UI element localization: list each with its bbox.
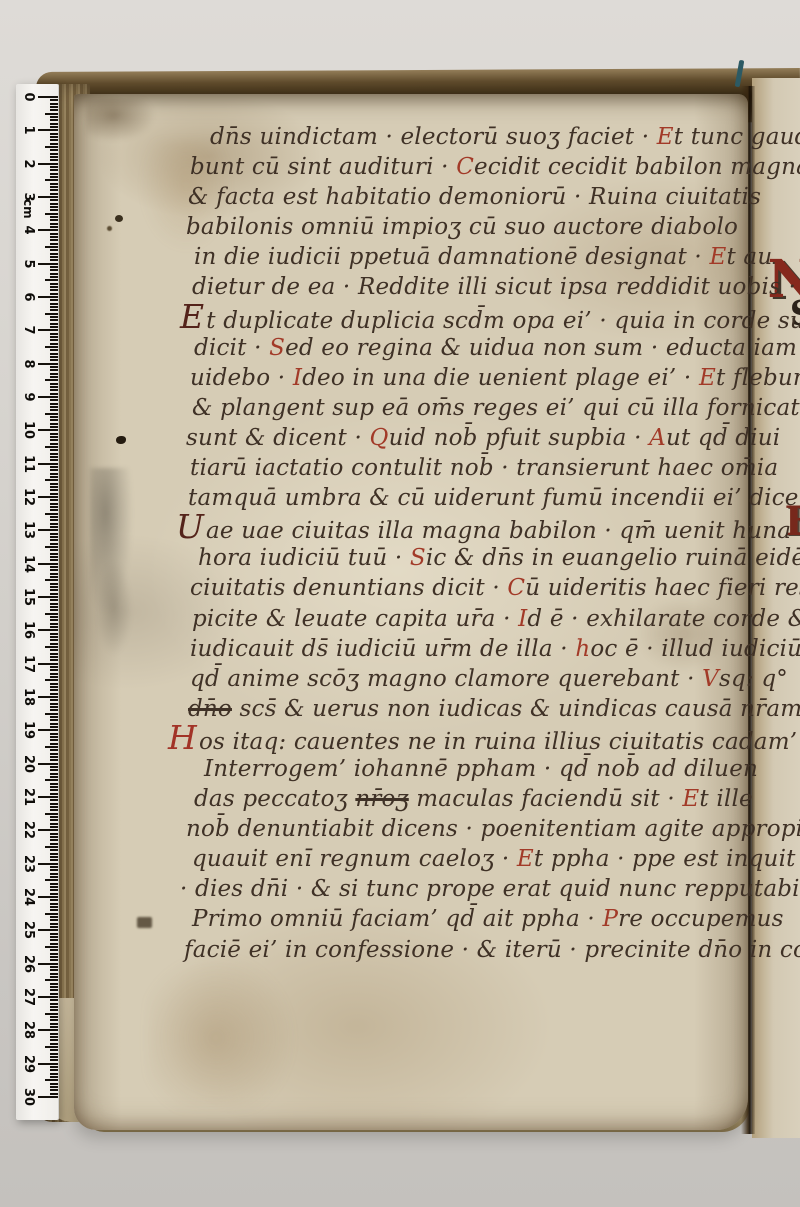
ruler-tick [50, 876, 58, 878]
ruler-tick [50, 536, 58, 538]
ruler-tick [50, 916, 58, 918]
ruler-tick [45, 746, 58, 748]
manuscript-line: ciuitatis denuntians dicit · Cū uideriti… [168, 575, 753, 605]
ruler-tick [38, 729, 58, 731]
ruler-tick [45, 246, 58, 248]
ruler-number: 12 [19, 486, 37, 508]
ruler-tick [50, 1089, 58, 1091]
ruler-tick [50, 903, 58, 905]
ruler-number: 16 [19, 619, 37, 641]
text-segment: deo in una die uenient plage ei’ · [302, 365, 699, 391]
ruler-tick [50, 283, 58, 285]
ruler-tick [50, 1049, 58, 1051]
ruler-tick [50, 393, 58, 395]
ruler-tick [50, 689, 58, 691]
ruler-tick [50, 533, 58, 535]
ruler-tick [50, 356, 58, 358]
ruler-tick [38, 329, 58, 331]
text-segment: & facta est habitatio demoniorū · Ruina … [188, 184, 761, 210]
ruler-tick [50, 206, 58, 208]
rubric-letter: E [699, 365, 716, 391]
ruler-tick [50, 1026, 58, 1028]
ruler-tick [50, 193, 58, 195]
ruler-tick [50, 789, 58, 791]
ruler-tick [50, 566, 58, 568]
ruler-tick [50, 453, 58, 455]
ruler-tick [50, 109, 58, 111]
ruler-tick [50, 1053, 58, 1055]
ruler-tick [50, 656, 58, 658]
ruler-tick [38, 496, 58, 498]
ruler-tick [50, 199, 58, 201]
ruler-tick [50, 849, 58, 851]
ruler-tick [50, 126, 58, 128]
ruler-tick [50, 286, 58, 288]
ruler-tick [38, 663, 58, 665]
text-segment: babilonis omniū impioʒ cū suo auctore di… [186, 214, 738, 240]
ruler-tick [50, 776, 58, 778]
text-segment: · dies dn̄i · & si tunc prope erat quid … [180, 876, 800, 902]
ruler-tick [50, 919, 58, 921]
ruler-tick [50, 823, 58, 825]
ruler-tick [50, 276, 58, 278]
ruler-tick [50, 443, 58, 445]
text-segment: maculas faciendū sit · [409, 786, 683, 812]
ruler-tick [50, 1033, 58, 1035]
ruler-tick [50, 1056, 58, 1058]
ruler-tick [50, 133, 58, 135]
text-segment: t au [726, 244, 772, 270]
ruler-tick [45, 113, 58, 115]
ruler-tick [50, 516, 58, 518]
text-segment: tiarū iactatio contulit nob̄ · transieru… [190, 455, 778, 481]
text-segment: das peccatoʒ [194, 786, 355, 812]
text-segment: d ē · exhilarate corde & qm̄ [527, 606, 800, 632]
ruler-tick [38, 929, 58, 931]
text-segment: oc ē · illud iudiciū [590, 636, 800, 662]
ruler-tick [50, 889, 58, 891]
rubric-letter: E [657, 124, 674, 150]
text-segment: uidebo · [190, 365, 293, 391]
ruler-tick [50, 723, 58, 725]
ruler-number: 30 [19, 1086, 37, 1108]
ruler-tick [50, 486, 58, 488]
ruler-number: 14 [19, 553, 37, 575]
ruler-tick [45, 279, 58, 281]
ruler-tick [50, 803, 58, 805]
ruler-tick [50, 933, 58, 935]
ruler-tick [50, 786, 58, 788]
photo-background: N S E dn̄s uindictam · electorū suoʒ fac… [0, 0, 800, 1207]
ruler-tick [50, 593, 58, 595]
ruler-tick [50, 953, 58, 955]
ruler-tick [50, 233, 58, 235]
ruler-tick [50, 1059, 58, 1061]
text-segment: t flebunt [716, 365, 800, 391]
ruler-number: 8 [19, 353, 37, 375]
ruler-tick [50, 816, 58, 818]
ruler-number: 10 [19, 419, 37, 441]
ruler-tick [50, 1093, 58, 1095]
ruler-tick [50, 256, 58, 258]
ruler-tick [50, 499, 58, 501]
ruler-tick [50, 549, 58, 551]
ruler-number: 23 [19, 853, 37, 875]
ruler-tick [50, 559, 58, 561]
ruler-tick [50, 203, 58, 205]
ruler-tick [38, 563, 58, 565]
ruler-tick [38, 163, 58, 165]
ruler-tick [50, 899, 58, 901]
ruler-tick [50, 123, 58, 125]
text-segment: iudicauit ds̄ iudiciū ur̄m de illa · [190, 636, 575, 662]
ruler-tick [50, 806, 58, 808]
ruler-number: 5 [19, 253, 37, 275]
ruler-tick [50, 986, 58, 988]
ruler-tick [50, 843, 58, 845]
ruler-number: 18 [19, 686, 37, 708]
ruler-tick [50, 169, 58, 171]
ruler-tick [50, 653, 58, 655]
ruler-number: 0 [19, 86, 37, 108]
ruler-number: 26 [19, 953, 37, 975]
text-segment: tamquā umbra & cū uiderunt fumū incendii… [188, 485, 800, 511]
manuscript-line: dn̄o scs̄ & uerus non iudicas & uindicas… [168, 696, 753, 726]
text-segment: faciē ei’ in confessione · & iterū · pre… [184, 937, 800, 963]
ruler-tick [50, 639, 58, 641]
ruler-tick [38, 829, 58, 831]
ruler-tick [50, 1003, 58, 1005]
ruler-tick [50, 1086, 58, 1088]
ruler-tick [45, 713, 58, 715]
ruler-tick [50, 743, 58, 745]
ruler-tick [50, 906, 58, 908]
ruler-tick [50, 319, 58, 321]
ruler-tick [50, 539, 58, 541]
manuscript-line: & plangent sup eā om̄s reges ei’ qui cū … [168, 395, 753, 425]
ruler-tick [50, 406, 58, 408]
ruler-tick [50, 939, 58, 941]
ruler-tick [50, 1006, 58, 1008]
ruler-tick [50, 99, 58, 101]
ruler-tick [50, 619, 58, 621]
ruler-tick [50, 793, 58, 795]
ruler-tick [45, 446, 58, 448]
ruler-tick [45, 146, 58, 148]
ruler-tick [50, 573, 58, 575]
rubric-letter: V [702, 666, 719, 692]
ruler-tick [50, 293, 58, 295]
ruler-tick [50, 449, 58, 451]
ruler-tick [50, 923, 58, 925]
text-segment: dietur de ea · Reddite illi sicut ipsa r… [192, 274, 796, 300]
ruler-tick [50, 139, 58, 141]
ruler-tick [38, 996, 58, 998]
ruler-tick [50, 359, 58, 361]
ruler-tick [50, 603, 58, 605]
ruler-tick [50, 473, 58, 475]
text-segment: dn̄s uindictam · electorū suoʒ faciet · [210, 124, 657, 150]
ruler-tick [50, 1073, 58, 1075]
ruler-tick [50, 389, 58, 391]
ruler-tick [50, 439, 58, 441]
ruler-tick [50, 553, 58, 555]
ruler-tick [45, 513, 58, 515]
ruler-tick [50, 973, 58, 975]
rubric-letter: E [682, 786, 699, 812]
text-segment: ed eo regina & uidua non sum · educta ia… [285, 335, 800, 361]
ruler-tick [50, 686, 58, 688]
manuscript-line: qd̄ anime scōʒ magno clamore querebant ·… [168, 666, 753, 696]
ruler-tick [50, 833, 58, 835]
manuscript-line: faciē ei’ in confessione · & iterū · pre… [168, 937, 753, 967]
ruler-tick [50, 736, 58, 738]
ruler-tick [50, 866, 58, 868]
ruler-tick [50, 159, 58, 161]
rubric-letter: E [709, 244, 726, 270]
ruler-number: 21 [19, 786, 37, 808]
ruler-tick [45, 379, 58, 381]
text-segment: ic & dn̄s in euangelio ruinā eidē [426, 545, 800, 571]
ruler-tick [50, 886, 58, 888]
ruler-tick [38, 429, 58, 431]
manuscript-line: Uae uae ciuitas illa magna babilon · qm̄… [168, 515, 753, 545]
ruler-tick [38, 363, 58, 365]
text-segment: in die iudicii ppetuā damnationē designa… [194, 244, 709, 270]
ruler-tick [50, 323, 58, 325]
manuscript-line: uidebo · Ideo in una die uenient plage e… [168, 365, 753, 395]
manuscript-line: tiarū iactatio contulit nob̄ · transieru… [168, 455, 753, 485]
ruler-tick [50, 373, 58, 375]
ruler-tick [50, 343, 58, 345]
ruler-number: 15 [19, 586, 37, 608]
ruler-tick [50, 339, 58, 341]
ruler-tick [50, 239, 58, 241]
ruler-number: 19 [19, 719, 37, 741]
manuscript-line: bunt cū sint audituri · Cecidit cecidit … [168, 154, 753, 184]
ruler-tick [50, 469, 58, 471]
ruler-tick [38, 396, 58, 398]
ruler-tick [50, 799, 58, 801]
ruler-tick [50, 419, 58, 421]
ruler-tick [45, 1046, 58, 1048]
text-segment: t ille [699, 786, 752, 812]
ruler-tick [50, 223, 58, 225]
text-segment: hora iudiciū tuū · [198, 545, 410, 571]
ruler-tick [50, 116, 58, 118]
ruler-tick [50, 1039, 58, 1041]
ruler-tick [50, 509, 58, 511]
ruler-tick [50, 466, 58, 468]
rubric-letter: Q [370, 425, 389, 451]
text-segment: & plangent sup eā om̄s reges ei’ qui cū … [192, 395, 800, 421]
ruler-tick [50, 783, 58, 785]
ruler-tick [45, 579, 58, 581]
ruler-tick [50, 416, 58, 418]
ruler-tick [45, 1013, 58, 1015]
ruler-tick [50, 993, 58, 995]
ruler-tick [50, 669, 58, 671]
text-segment: uid nob̄ pfuit supbia · [389, 425, 650, 451]
initial-letter: H [168, 718, 197, 757]
ruler-tick [50, 883, 58, 885]
manuscript-line: Hos itaq: cauentes ne in ruina illius ci… [168, 726, 753, 756]
ruler-tick [50, 136, 58, 138]
ruler-tick [38, 1029, 58, 1031]
ruler-tick [50, 153, 58, 155]
ruler-tick [50, 236, 58, 238]
ruler-tick [50, 119, 58, 121]
ruler-tick [50, 556, 58, 558]
manuscript-line: Primo omniū faciam’ qd̄ ait ppha · Pre o… [168, 906, 753, 936]
text-segment: qd̄ anime scōʒ magno clamore querebant · [190, 666, 702, 692]
manuscript-line: & facta est habitatio demoniorū · Ruina … [168, 184, 753, 214]
text-segment: Primo omniū faciam’ qd̄ ait ppha · [192, 906, 602, 932]
initial-letter: E [180, 297, 204, 336]
ruler-tick [50, 873, 58, 875]
ruler-tick [50, 309, 58, 311]
ruler-tick [50, 959, 58, 961]
text-segment: ecidit cecidit babilon magna · [474, 154, 800, 180]
ruler-tick [50, 483, 58, 485]
ruler-tick [50, 826, 58, 828]
ruler-tick [50, 456, 58, 458]
ruler-tick [50, 609, 58, 611]
ruler-tick [45, 679, 58, 681]
ruler-tick [50, 893, 58, 895]
ruler-tick [50, 189, 58, 191]
manuscript-line: tamquā umbra & cū uiderunt fumū incendii… [168, 485, 753, 515]
ruler-tick [50, 186, 58, 188]
text-segment: dicit · [194, 335, 269, 361]
ruler-tick [45, 913, 58, 915]
ruler-tick [50, 749, 58, 751]
ruler-tick [50, 1069, 58, 1071]
manuscript-line: in die iudicii ppetuā damnationē designa… [168, 244, 753, 274]
ruler-number: 17 [19, 653, 37, 675]
ruler-tick [38, 763, 58, 765]
ruler-tick [50, 636, 58, 638]
ruler-tick [50, 1036, 58, 1038]
ruler-number: 11 [19, 453, 37, 475]
ruler-tick [38, 463, 58, 465]
ruler-tick [50, 716, 58, 718]
ruler-tick [50, 733, 58, 735]
ruler: cm 0123456789101112131415161718192021222… [16, 84, 59, 1120]
ruler-tick [50, 383, 58, 385]
ruler-tick [50, 589, 58, 591]
text-segment: sq: q° [719, 666, 788, 692]
ruler-tick [38, 1063, 58, 1065]
text-segment: t ppha · ppe est inquit [534, 846, 796, 872]
ruler-tick [45, 613, 58, 615]
ruler-tick [50, 333, 58, 335]
ruler-tick [50, 216, 58, 218]
ruler-tick [50, 966, 58, 968]
ruler-tick [50, 353, 58, 355]
ruler-number: 29 [19, 1053, 37, 1075]
ruler-tick [50, 753, 58, 755]
ruler-number: 4 [19, 219, 37, 241]
ruler-tick [50, 519, 58, 521]
rubric-letter: S [269, 335, 285, 361]
ruler-tick [50, 176, 58, 178]
manuscript-line: Interrogem’ iohannē ppham · qd̄ nob̄ ad … [168, 756, 753, 786]
ruler-tick [45, 1079, 58, 1081]
ruler-tick [45, 546, 58, 548]
ruler-tick [50, 523, 58, 525]
ruler-number: 25 [19, 919, 37, 941]
ruler-tick [50, 569, 58, 571]
ruler-tick [50, 526, 58, 528]
ruler-tick [50, 836, 58, 838]
ruler-tick [50, 376, 58, 378]
manuscript-line: nob̄ denuntiabit dicens · poenitentiam a… [168, 816, 753, 846]
ruler-tick [50, 853, 58, 855]
ruler-tick [45, 846, 58, 848]
ruler-tick [50, 936, 58, 938]
ruler-tick [50, 676, 58, 678]
ruler-number: 1 [19, 119, 37, 141]
ruler-number: 13 [19, 519, 37, 541]
ruler-number: 22 [19, 819, 37, 841]
ruler-tick [50, 506, 58, 508]
ruler-tick [50, 259, 58, 261]
ruler-tick [50, 219, 58, 221]
rubric-letter: h [575, 636, 590, 662]
ruler-tick [50, 739, 58, 741]
ruler-tick [50, 633, 58, 635]
rubric-letter: E [517, 846, 534, 872]
ruler-tick [38, 196, 58, 198]
ruler-tick [45, 213, 58, 215]
rubric-letter: C [507, 575, 525, 601]
ruler-tick [45, 313, 58, 315]
ruler-number: 3 [19, 186, 37, 208]
text-segment: sunt & dicent · [186, 425, 370, 451]
ruler-number: 7 [19, 319, 37, 341]
ruler-tick [50, 326, 58, 328]
ruler-tick [50, 289, 58, 291]
ruler-tick [50, 659, 58, 661]
ruler-tick [50, 349, 58, 351]
rubric-letter: S [410, 545, 426, 571]
ruler-tick [50, 606, 58, 608]
ruler-tick [50, 599, 58, 601]
text-segment: quauit enī regnum caeloʒ · [192, 846, 517, 872]
ruler-tick [50, 103, 58, 105]
ruler-tick [38, 129, 58, 131]
ruler-tick [50, 673, 58, 675]
ruler-tick [50, 693, 58, 695]
text-segment: scs̄ & uerus non iudicas & uindicas caus… [232, 696, 800, 722]
ruler-tick [45, 346, 58, 348]
ruler-tick [50, 493, 58, 495]
manuscript-line: picite & leuate capita ur̄a · Id ē · exh… [168, 606, 753, 636]
manuscript-line: dietur de ea · Reddite illi sicut ipsa r… [168, 274, 753, 304]
ruler-tick [50, 243, 58, 245]
ruler-tick [50, 1023, 58, 1025]
ruler-tick [50, 399, 58, 401]
ruler-tick [50, 626, 58, 628]
ruler-tick [38, 96, 58, 98]
ruler-tick [50, 1019, 58, 1021]
text-segment: ut qd̄ diui [666, 425, 780, 451]
ruler-tick [50, 869, 58, 871]
ruler-tick [38, 696, 58, 698]
ruler-tick [50, 683, 58, 685]
ruler-tick [45, 179, 58, 181]
